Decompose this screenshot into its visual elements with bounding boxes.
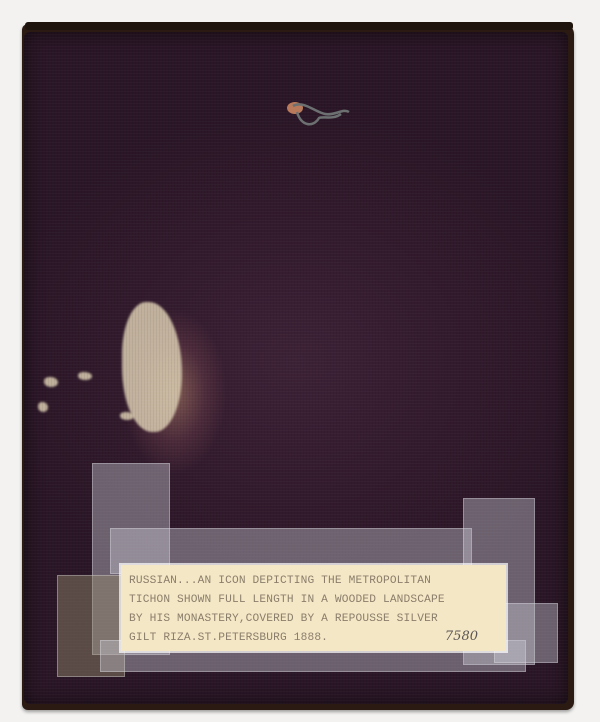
inventory-number: 7580 xyxy=(445,629,478,644)
typed-provenance-label: RUSSIAN...AN ICON DEPICTING THE METROPOL… xyxy=(121,565,506,651)
worn-velvet-spot xyxy=(44,377,58,387)
frame-top-edge xyxy=(25,22,573,30)
hanging-loop-icon xyxy=(283,94,353,134)
label-line-2: TICHON SHOWN FULL LENGTH IN A WOODED LAN… xyxy=(129,594,445,606)
label-line-4: GILT RIZA.ST.PETERSBURG 1888. xyxy=(129,632,328,644)
worn-velvet-spot xyxy=(78,372,92,380)
label-line-1: RUSSIAN...AN ICON DEPICTING THE METROPOL… xyxy=(129,575,431,587)
label-line-3: BY HIS MONASTERY,COVERED BY A REPOUSSE S… xyxy=(129,613,438,625)
worn-velvet-spot xyxy=(120,412,134,420)
worn-velvet-patch xyxy=(122,302,182,432)
worn-velvet-spot xyxy=(38,402,48,412)
